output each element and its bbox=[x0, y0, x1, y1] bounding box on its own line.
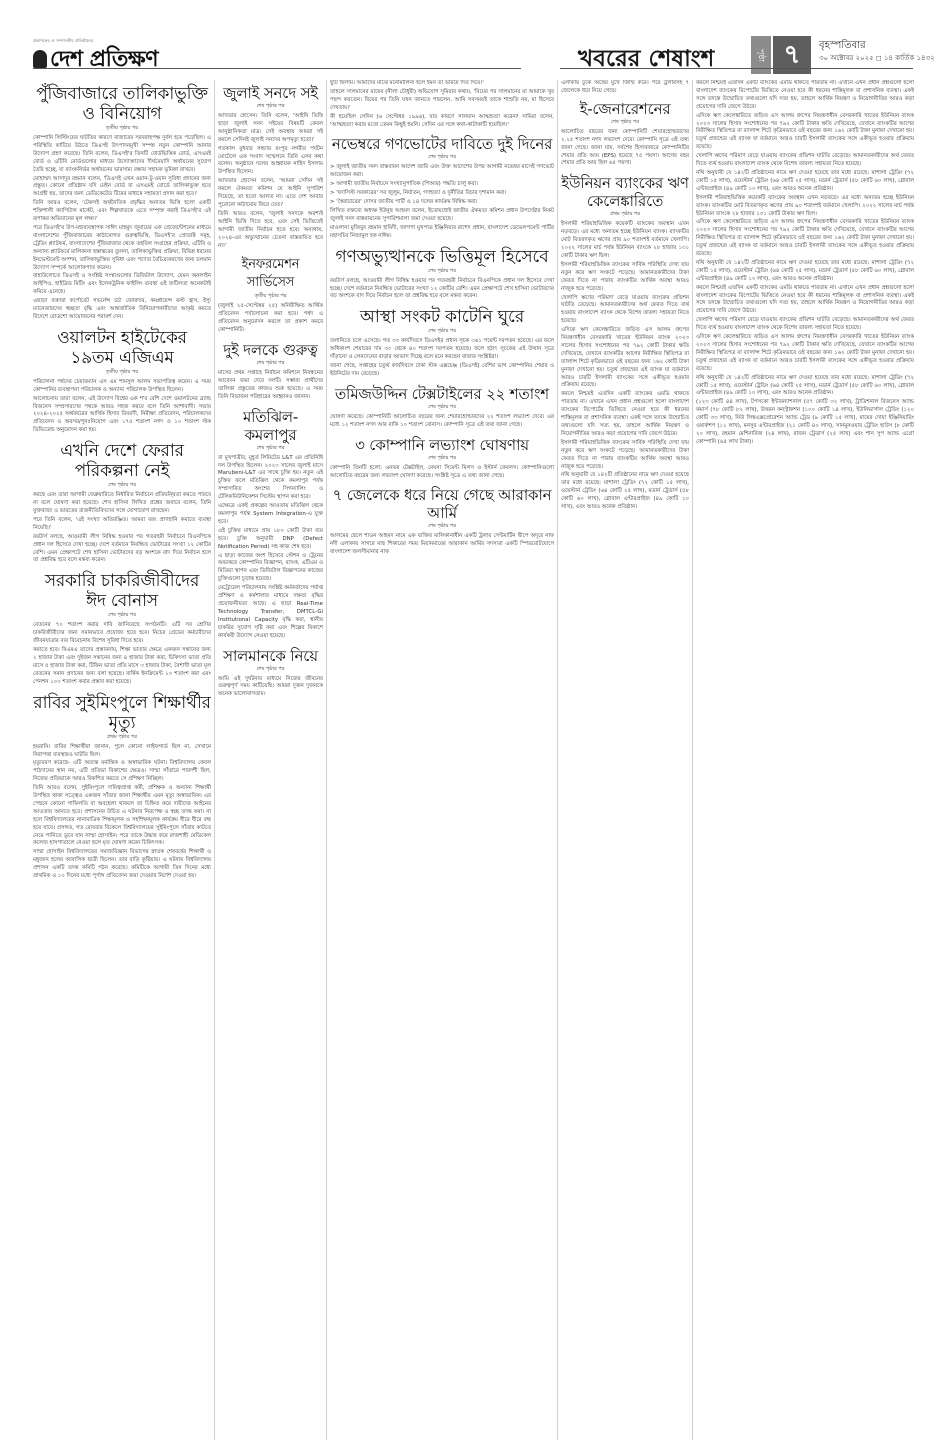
jump-line: শেষ পৃষ্ঠার পর bbox=[330, 328, 554, 336]
article-body: কোম্পানি তিনটি হলো: এনভয় টেক্সটাইল, মেঘ… bbox=[330, 465, 554, 481]
paragraph: এই চুক্তির মাধ্যমে প্রায় ১৮০ কোটি টাকা … bbox=[218, 528, 323, 552]
paragraph: সাম্মা হোসাইন বিশ্ববিদ্যালয়ের সমাজবিজ্ঞ… bbox=[33, 849, 211, 881]
article-july-charter[interactable]: জুলাই সনদে সই শেষ পৃষ্ঠার পর আখতার হোসেন… bbox=[218, 84, 323, 250]
article-body: আখতার হোসেন। তিনি বলেন, 'আইনি ভিত্তি ছাড… bbox=[218, 113, 323, 250]
jump-line: শেষ পৃষ্ঠার পর bbox=[330, 154, 554, 162]
paragraph: মাওলানা মুজিবুর রহমান হামিদী, জাগপা মুখপ… bbox=[330, 225, 554, 241]
paragraph: কী হয়েছিল সেদিন (৬ সেপ্টেম্বর ১৯৯৬), যা… bbox=[330, 114, 554, 130]
article-headline[interactable]: সরকারি চাকরিজীবীদের ঈদ বোনাস bbox=[33, 571, 211, 611]
paragraph: আখতার হোসেন বলেন, 'আমরা সেদিন সই করলে ঐক… bbox=[218, 178, 323, 210]
section-title: খবরের শেষাংশ bbox=[578, 40, 714, 79]
paragraph: পরে ডিএসই'র উপ-মহাব্যবস্থাপক সাঈদ মাহমুদ… bbox=[33, 225, 211, 272]
paragraph: > আগামী জাতীয় নির্বাচনে সংখ্যানুপাতিক (… bbox=[330, 181, 554, 189]
paragraph: বেতনের ৭০ শতাংশ করার দাবি জানিয়েছে সংগঠ… bbox=[33, 622, 211, 646]
article-govt-bonus[interactable]: সরকারি চাকরিজীবীদের ঈদ বোনাস শেষ পৃষ্ঠার… bbox=[33, 571, 211, 686]
article-body: আলমের ছেলে শাওন আহমদ নামে এক ব্যক্তির মা… bbox=[330, 533, 554, 557]
article-body: (জুলাই ২৫-সেপ্টেম্বর ২৫) অনিরীক্ষিত আর্থ… bbox=[218, 303, 323, 335]
paragraph: মাসের প্রথম সপ্তাহে নির্বাচন কমিশনে নিবন… bbox=[218, 370, 323, 402]
article-body: ছুটি ছিলাম। আমাদের মাঝে মনোমালিন্য হলে ই… bbox=[330, 80, 554, 129]
paragraph: আমি এই দুর্ঘটনার মাধ্যমে নিজের জীবনের গু… bbox=[218, 676, 323, 700]
article-salman[interactable]: সালমানকে নিয়ে শেষ পৃষ্ঠার পর আমি এই দুর… bbox=[218, 647, 323, 700]
article-body: তলানিতে চলে এসেছে। গত ৩৩ কার্যদিবসে ডিএস… bbox=[330, 338, 554, 379]
article-arakan[interactable]: ৭ জেলেকে ধরে নিয়ে গেছে আরাকান আর্মি শেষ… bbox=[330, 486, 554, 557]
article-headline[interactable]: ৩ কোম্পানি লভ্যাংশ ঘোষণায় bbox=[330, 436, 554, 454]
article-e-generation[interactable]: এলাকায় ঢুকে অস্ত্রের মুখে জিম্মি করে। প… bbox=[561, 80, 689, 168]
column-5: করলে নিশ্চয়ই এতদিন একটি ব্যাংকের এমডি থ… bbox=[696, 80, 914, 1410]
paragraph: তলানিতে চলে এসেছে। গত ৩৩ কার্যদিবসে ডিএস… bbox=[330, 338, 554, 362]
jump-line: তৃতীয় পৃষ্ঠার পর bbox=[33, 369, 211, 377]
jump-line: শেষ পৃষ্ঠার পর bbox=[33, 482, 211, 490]
paragraph: মেট্রোরেল পরিচালনায় সংশ্লিষ্ট কর্মকর্তা… bbox=[218, 585, 323, 640]
paragraph: পরিচালনা পর্ষদের চেয়ারম্যান এস এম শামসু… bbox=[33, 379, 211, 395]
paragraph: > 'স্বৈরাচারের' দোসর জাতীয় পার্টি ও ১৪ … bbox=[330, 199, 554, 207]
paragraph: করলে নিশ্চয়ই এতদিন একটি ব্যাংকের এমডি থ… bbox=[696, 80, 914, 112]
jump-line: শেষ পৃষ্ঠার পর bbox=[218, 666, 323, 674]
article-headline[interactable]: আস্থা সংকট কাটেনি ঘুরে bbox=[330, 307, 554, 327]
article-headline[interactable]: ইনফরমেশন সার্ভিসেস bbox=[218, 256, 323, 292]
paragraph: করলে নিশ্চয়ই এতদিন একটি ব্যাংকের এমডি থ… bbox=[561, 391, 689, 438]
paragraph: ছুটি ছিলাম। আমাদের মাঝে মনোমালিন্য হলে ই… bbox=[330, 80, 554, 88]
column-divider bbox=[692, 80, 693, 1440]
article-walton-agm[interactable]: ওয়ালটন হাইটেকের ১৯তম এজিএম তৃতীয় পৃষ্ঠ… bbox=[33, 328, 211, 435]
article-headline[interactable]: পুঁজিবাজারে তালিকাভুক্তি ও বিনিয়োগ bbox=[33, 84, 211, 124]
jump-line: শেষ পৃষ্ঠার পর bbox=[330, 404, 554, 412]
paragraph: এদিকে ঋণ কেলেঙ্কারিতে জড়িত এস আলম গ্রুপ… bbox=[561, 327, 689, 390]
jump-line: শেষ পৃষ্ঠার পর bbox=[218, 445, 323, 453]
paragraph: তিনি আরও বলেন, 'জুলাই সনদকে অবশ্যই আইনি … bbox=[218, 211, 323, 251]
paragraph: জানা গেছে, সপ্তাহের চতুর্থ কার্যদিবসে ঢা… bbox=[330, 363, 554, 379]
article-body: মাসের প্রথম সপ্তাহে নির্বাচন কমিশনে নিবন… bbox=[218, 370, 323, 402]
paragraph: বাহাউলোতে ডিএসই ও সংশ্লিষ্ট সংস্থাগুলোর … bbox=[33, 273, 211, 297]
paragraph: আলমের ছেলে শাওন আহমদ নামে এক ব্যক্তির মা… bbox=[330, 533, 554, 557]
article-body: করছে এবং তারা আগামী ফেব্রুয়ারিতে নির্ধা… bbox=[33, 492, 211, 565]
paragraph: আলোচনায় তারা বলেন, এই উদ্যোগ বিশ্বের এক… bbox=[33, 396, 211, 436]
paragraph: ইসলামী শরিয়াহভিত্তিক কয়েকটি ব্যাংকের অ… bbox=[561, 221, 689, 261]
paragraph: কোম্পানি লিস্টিংয়ের ঘাটতির কারণে বাজারে… bbox=[33, 135, 211, 175]
paragraph: তাহলে সালমানের মায়ের (নীলা চৌধুরী) অভিয… bbox=[330, 89, 554, 113]
jump-line: প্রথম পৃষ্ঠার পর bbox=[561, 211, 689, 219]
article-headline[interactable]: ইউনিয়ন ব্যাংকের ঋণ কেলেঙ্কারিতে bbox=[561, 174, 689, 210]
article-headline[interactable]: ওয়ালটন হাইটেকের ১৯তম এজিএম bbox=[33, 328, 211, 368]
column-1: পুঁজিবাজারে তালিকাভুক্তি ও বিনিয়োগ তৃতী… bbox=[33, 80, 211, 1410]
article-three-companies[interactable]: ৩ কোম্পানি লভ্যাংশ ঘোষণায় শেষ পৃষ্ঠার প… bbox=[330, 436, 554, 481]
jump-line: তৃতীয় পৃষ্ঠার পর bbox=[33, 125, 211, 133]
paragraph: রয়টার্স বলছে, আওয়ামী লীগ নিষিদ্ধ হওয়া… bbox=[33, 534, 211, 566]
article-body: > জুলাই জাতীয় সনদ বাস্তবায়ন আদেশ জারি … bbox=[330, 164, 554, 240]
article-headline[interactable]: মতিঝিল-কমলাপুর bbox=[218, 408, 323, 444]
article-body: এলাকায় ঢুকে অস্ত্রের মুখে জিম্মি করে। প… bbox=[561, 80, 689, 96]
newspaper-logo[interactable]: দেশ প্রতিক্ষণ bbox=[33, 42, 158, 79]
paragraph: (১২৩ কোটি ৪৪ লাখ), টপসকো ইন্টারন্যাশনাল … bbox=[696, 399, 914, 446]
masthead-rule-right bbox=[560, 68, 913, 69]
jump-line: শেষ পৃষ্ঠার পর bbox=[33, 612, 211, 620]
paragraph: > জুলাই জাতীয় সনদ বাস্তবায়ন আদেশ জারি … bbox=[330, 164, 554, 180]
jump-line: শেষ পৃষ্ঠার পর bbox=[330, 455, 554, 463]
article-pujibazar[interactable]: পুঁজিবাজারে তালিকাভুক্তি ও বিনিয়োগ তৃতী… bbox=[33, 84, 211, 322]
article-body: পরিচালনা পর্ষদের চেয়ারম্যান এস এম শামসু… bbox=[33, 379, 211, 435]
paragraph: নথি অনুযায়ী যে ১৪২টি প্রতিষ্ঠানের নামে … bbox=[696, 260, 914, 284]
jump-line: শেষ পৃষ্ঠার পর bbox=[218, 103, 323, 111]
article-headline[interactable]: জুলাই সনদে সই bbox=[218, 84, 323, 102]
article-body: রয়টার্স বলছে, আওয়ামী লীগ নিষিদ্ধ হওয়া… bbox=[330, 278, 554, 302]
article-headline[interactable]: সালমানকে নিয়ে bbox=[218, 647, 323, 665]
paragraph: মোহাম্মদ আসাদুর রহমান বলেন, 'ডিএসই এখন ও… bbox=[33, 176, 211, 200]
jump-line: শেষ পৃষ্ঠার পর bbox=[561, 119, 689, 127]
paragraph: বা মুখপাত্রীর, মুহূর্ত লিমিটেড L&T এর প্… bbox=[218, 455, 323, 502]
paragraph: তিনি আরও বলেন, সুইমিংপুলে দায়িত্বপ্রাপ্… bbox=[33, 785, 211, 848]
paragraph: হয়রানি। রাবির শিক্ষার্থীরা জানান, পুলে … bbox=[33, 744, 211, 760]
article-headline[interactable]: রাবির সুইমিংপুলে শিক্ষার্থীর মৃত্যু bbox=[33, 693, 211, 733]
paragraph: খেলাপি ঋণের পরিমাণ বেড়ে যাওয়ায় ব্যাংক… bbox=[696, 317, 914, 333]
column-2: জুলাই সনদে সই শেষ পৃষ্ঠার পর আখতার হোসেন… bbox=[218, 80, 323, 1440]
paragraph: পরে তিনি বলেন, 'এই সংখ্যা অতিরঞ্জিত। আমর… bbox=[33, 517, 211, 533]
article-body: ইসলামী শরিয়াহভিত্তিক কয়েকটি ব্যাংকের অ… bbox=[561, 221, 689, 512]
column-divider bbox=[214, 80, 215, 1440]
article-headline[interactable]: ৭ জেলেকে ধরে নিয়ে গেছে আরাকান আর্মি bbox=[330, 486, 554, 522]
paragraph: > 'ফ্যাসিস্ট সরকারের' সব জুলুম, নির্যাতন… bbox=[330, 190, 554, 198]
article-rabi-swimming[interactable]: রাবির সুইমিংপুলে শিক্ষার্থীর মৃত্যু প্রথ… bbox=[33, 693, 211, 881]
paragraph: এদিকে ঋণ কেলেঙ্কারিতে জড়িত এস আলম গ্রুপ… bbox=[696, 219, 914, 259]
article-information-services[interactable]: ইনফরমেশন সার্ভিসেস তৃতীয় পৃষ্ঠার পর (জু… bbox=[218, 256, 323, 335]
article-headline[interactable]: তমিজউদ্দিন টেক্সটাইলের ২২ শতাংশ bbox=[330, 385, 554, 403]
article-headline[interactable]: ই-জেনারেশনের bbox=[561, 100, 689, 118]
paragraph: এদিকে ঋণ কেলেঙ্কারিতে জড়িত এস আলম গ্রুপ… bbox=[696, 334, 914, 374]
paragraph: আখতার হোসেন। তিনি বলেন, 'আইনি ভিত্তি ছাড… bbox=[218, 113, 323, 145]
article-trust-crisis[interactable]: আস্থা সংকট কাটেনি ঘুরে শেষ পৃষ্ঠার পর তল… bbox=[330, 307, 554, 379]
article-body: বা মুখপাত্রীর, মুহূর্ত লিমিটেড L&T এর প্… bbox=[218, 455, 323, 641]
column-divider bbox=[326, 80, 327, 1440]
paragraph: করাতে হবে। বিএমএ তাদের প্রস্তাবনায়, শিক… bbox=[33, 647, 211, 687]
masthead-rule-left bbox=[33, 68, 521, 69]
paragraph: ইসলামী শরিয়াহভিত্তিক ব্যাংকের সার্বিক প… bbox=[561, 262, 689, 294]
paragraph: এলাকায় ঢুকে অস্ত্রের মুখে জিম্মি করে। প… bbox=[561, 80, 689, 96]
article-union-bank-continued[interactable]: করলে নিশ্চয়ই এতদিন একটি ব্যাংকের এমডি থ… bbox=[696, 80, 914, 447]
paragraph: রয়টার্স বলছে, আওয়ামী লীগ নিষিদ্ধ হওয়া… bbox=[330, 278, 554, 302]
article-union-bank[interactable]: ইউনিয়ন ব্যাংকের ঋণ কেলেঙ্কারিতে প্রথম প… bbox=[561, 174, 689, 512]
paragraph: লিখিত বক্তব্যে অধ্যক্ষ ইউনুছ আহমদ বলেন, … bbox=[330, 208, 554, 224]
column-3: ছুটি ছিলাম। আমাদের মাঝে মনোমালিন্য হলে ই… bbox=[330, 80, 554, 1440]
article-salman-continued[interactable]: ছুটি ছিলাম। আমাদের মাঝে মনোমালিন্য হলে ই… bbox=[330, 80, 554, 129]
paragraph: ইসলামী শরিয়াহভিত্তিক কয়েকটি ব্যাংকের অ… bbox=[696, 195, 914, 219]
jump-line: শেষ পৃষ্ঠার পর bbox=[330, 268, 554, 276]
article-body: বেতনের ৭০ শতাংশ করার দাবি জানিয়েছে সংগঠ… bbox=[33, 622, 211, 686]
paragraph: ঘোষণা করেছে। কোম্পানিটি আলোচিত বছরের জন্… bbox=[330, 414, 554, 430]
article-headline[interactable]: এখনি দেশে ফেরার পরিকল্পনা নেই bbox=[33, 441, 211, 481]
article-november-vote[interactable]: নভেম্বরে গণভোটের দাবিতে দুই দিনের শেষ পৃ… bbox=[330, 135, 554, 240]
paragraph: মৃত্যুবরণ করেছে- এটি অত্যন্ত মর্মান্তিক … bbox=[33, 760, 211, 784]
paragraph: খেলাপি ঋণের পরিমাণ বেড়ে যাওয়ায় ব্যাংক… bbox=[696, 153, 914, 169]
paragraph: ইসলামী শরিয়াহভিত্তিক ব্যাংকের সার্বিক প… bbox=[561, 440, 689, 472]
article-uprising[interactable]: গণঅভ্যুত্থানকে ভিত্তিমূল হিসেবে শেষ পৃষ্… bbox=[330, 247, 554, 302]
newspaper-page: প্রকাশকের ও সম্পাদকীয় প্রতিষ্ঠানের দেশ … bbox=[0, 0, 945, 1452]
paragraph: (জুলাই ২৫-সেপ্টেম্বর ২৫) অনিরীক্ষিত আর্থ… bbox=[218, 303, 323, 335]
date-full: ৩০ অক্টোবর ২০২৫ ◻ ১৪ কার্তিক ১৪৩২ bbox=[819, 52, 935, 64]
paragraph: নথি অনুযায়ী যে ১৪২টি প্রতিষ্ঠানের নামে … bbox=[561, 472, 689, 512]
logo-emblem-icon bbox=[33, 50, 47, 68]
article-body: ঘোষণা করেছে। কোম্পানিটি আলোচিত বছরের জন্… bbox=[330, 414, 554, 430]
jump-line: প্রথম পৃষ্ঠার পর bbox=[33, 734, 211, 742]
article-body: কোম্পানি লিস্টিংয়ের ঘাটতির কারণে বাজারে… bbox=[33, 135, 211, 322]
paragraph: তিনি আরও বলেন, 'টেকসই অর্থনৈতিক প্রবৃদ্ধ… bbox=[33, 200, 211, 224]
paragraph: করছে এবং তারা আগামী ফেব্রুয়ারিতে নির্ধা… bbox=[33, 492, 211, 516]
article-body: করলে নিশ্চয়ই এতদিন একটি ব্যাংকের এমডি থ… bbox=[696, 80, 914, 447]
masthead: প্রকাশকের ও সম্পাদকীয় প্রতিষ্ঠানের দেশ … bbox=[33, 30, 913, 70]
article-headline[interactable]: গণঅভ্যুত্থানকে ভিত্তিমূল হিসেবে bbox=[330, 247, 554, 267]
paragraph: গতকাল বুধবার সন্ধ্যায় রংপুর নগরীর পর্যট… bbox=[218, 146, 323, 178]
paragraph: আলোচিত বছরের জন্য কোম্পানিটি শেয়ারহোল্ড… bbox=[561, 129, 689, 169]
article-two-parties[interactable]: দুই দলকে গুরুত্ব শেষ পৃষ্ঠার পর মাসের প্… bbox=[218, 341, 323, 402]
column-divider bbox=[557, 80, 558, 1440]
paragraph: কোম্পানি তিনটি হলো: এনভয় টেক্সটাইল, মেঘ… bbox=[330, 465, 554, 481]
paragraph: এদিকে ঋণ কেলেঙ্কারিতে জড়িত এস আলম গ্রুপ… bbox=[696, 113, 914, 153]
jump-line: শেষ পৃষ্ঠার পর bbox=[218, 360, 323, 368]
jump-line: শেষ পৃষ্ঠার পর bbox=[330, 523, 554, 531]
paragraph: এছাড়া বক্তারা কর্পোরেট গভর্নেন্স চর্চা … bbox=[33, 298, 211, 322]
paragraph: এক্ষেত্রে একই প্রকল্পের আওতায় মতিঝিল থে… bbox=[218, 503, 323, 527]
article-tamijuddin[interactable]: তমিজউদ্দিন টেক্সটাইলের ২২ শতাংশ শেষ পৃষ্… bbox=[330, 385, 554, 430]
article-headline[interactable]: নভেম্বরে গণভোটের দাবিতে দুই দিনের bbox=[330, 135, 554, 153]
article-headline[interactable]: দুই দলকে গুরুত্ব bbox=[218, 341, 323, 359]
paragraph: নথি অনুযায়ী যে ১৪২টি প্রতিষ্ঠানের নামে … bbox=[696, 170, 914, 194]
paragraph: এ ছাড়া কাজের অংশ হিসেবে স্টেশন ও ট্রেনে… bbox=[218, 553, 323, 585]
article-body: হয়রানি। রাবির শিক্ষার্থীরা জানান, পুলে … bbox=[33, 744, 211, 881]
article-return-home[interactable]: এখনি দেশে ফেরার পরিকল্পনা নেই শেষ পৃষ্ঠা… bbox=[33, 441, 211, 565]
jump-line: তৃতীয় পৃষ্ঠার পর bbox=[218, 293, 323, 301]
paragraph: করলে নিশ্চয়ই এতদিন একটি ব্যাংকের এমডি থ… bbox=[696, 285, 914, 317]
paragraph: খেলাপি ঋণের পরিমাণ বেড়ে যাওয়ায় ব্যাংক… bbox=[561, 295, 689, 327]
article-body: আলোচিত বছরের জন্য কোম্পানিটি শেয়ারহোল্ড… bbox=[561, 129, 689, 169]
article-motijheel[interactable]: মতিঝিল-কমলাপুর শেষ পৃষ্ঠার পর বা মুখপাত্… bbox=[218, 408, 323, 641]
article-body: আমি এই দুর্ঘটনার মাধ্যমে নিজের জীবনের গু… bbox=[218, 676, 323, 700]
paragraph: নথি অনুযায়ী যে ১৪২টি প্রতিষ্ঠানের নামে … bbox=[696, 375, 914, 399]
column-4: এলাকায় ঢুকে অস্ত্রের মুখে জিম্মি করে। প… bbox=[561, 80, 689, 1440]
